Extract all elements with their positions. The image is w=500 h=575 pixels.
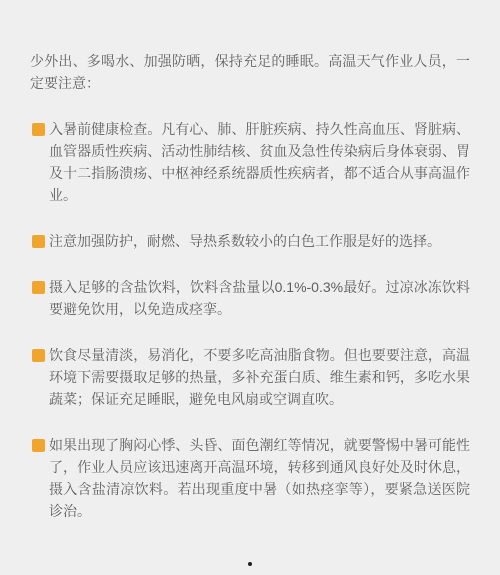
tip-item: 饮食尽量清淡，易消化，不要多吃高油脂食物。但也要要注意，高温环境下需要摄取足够的… [30, 344, 470, 410]
tips-list: 入暑前健康检查。凡有心、肺、肝脏疾病、持久性高血压、肾脏病、血管器质性疾病、活动… [30, 118, 470, 522]
bullet-square-icon [32, 281, 45, 294]
bullet-square-icon [32, 123, 45, 136]
tip-item: 摄入足够的含盐饮料，饮料含盐量以0.1%-0.3%最好。过凉冰冻饮料要避免饮用，… [30, 276, 470, 320]
bullet-square-icon [32, 349, 45, 362]
tip-text: 入暑前健康检查。凡有心、肺、肝脏疾病、持久性高血压、肾脏病、血管器质性疾病、活动… [49, 118, 470, 206]
tip-item: 注意加强防护，耐燃、导热系数较小的白色工作服是好的选择。 [30, 230, 470, 252]
tip-text: 饮食尽量清淡，易消化，不要多吃高油脂食物。但也要要注意，高温环境下需要摄取足够的… [49, 344, 470, 410]
tip-item: 入暑前健康检查。凡有心、肺、肝脏疾病、持久性高血压、肾脏病、血管器质性疾病、活动… [30, 118, 470, 206]
tip-text: 如果出现了胸闷心悸、头昏、面色潮红等情况，就要警惕中暑可能性了，作业人员应该迅速… [49, 434, 470, 522]
article-body: 少外出、多喝水、加强防晒，保持充足的睡眠。高温天气作业人员，一定要注意： 入暑前… [0, 0, 500, 566]
pagination [30, 562, 470, 566]
tip-item: 如果出现了胸闷心悸、头昏、面色潮红等情况，就要警惕中暑可能性了，作业人员应该迅速… [30, 434, 470, 522]
intro-paragraph: 少外出、多喝水、加强防晒，保持充足的睡眠。高温天气作业人员，一定要注意： [30, 50, 470, 94]
tip-text: 注意加强防护，耐燃、导热系数较小的白色工作服是好的选择。 [49, 230, 470, 252]
bullet-square-icon [32, 439, 45, 452]
pagination-dot-icon [248, 562, 252, 566]
bullet-square-icon [32, 235, 45, 248]
tip-text: 摄入足够的含盐饮料，饮料含盐量以0.1%-0.3%最好。过凉冰冻饮料要避免饮用，… [49, 276, 470, 320]
